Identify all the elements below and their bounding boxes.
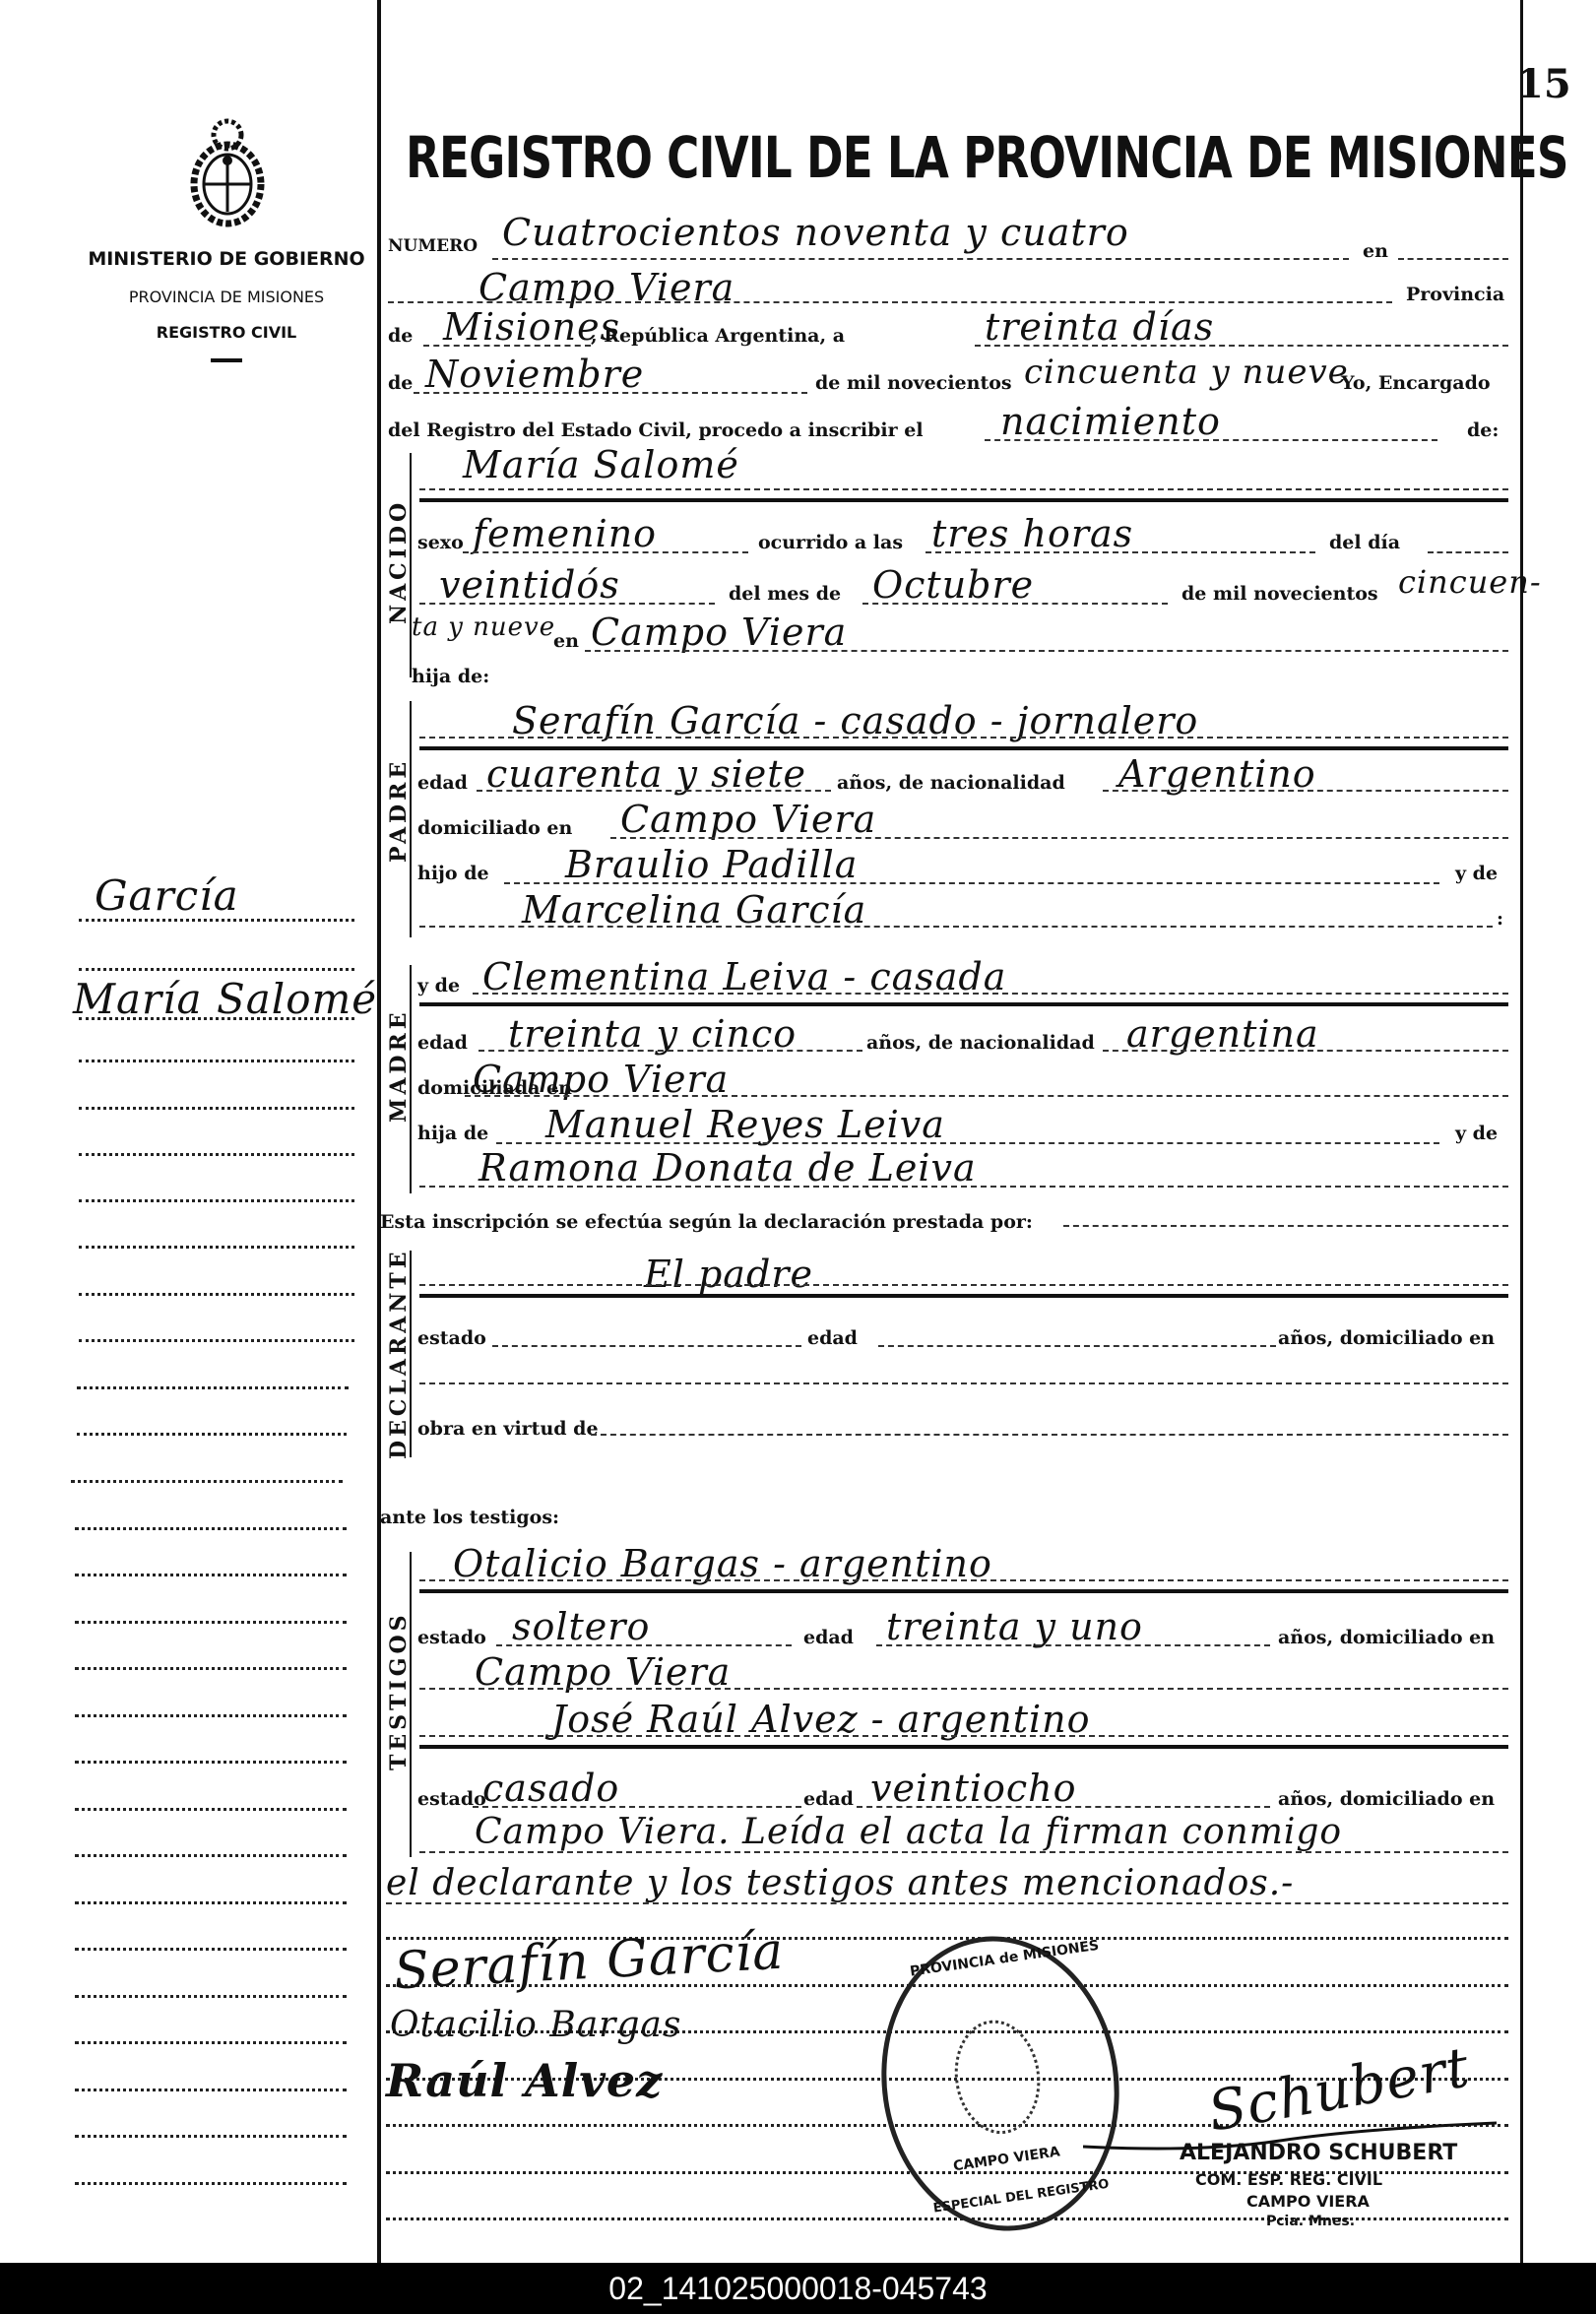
declarante-name-line: [419, 1284, 1508, 1286]
margin-line: [75, 1995, 347, 1998]
place-line: [388, 301, 1392, 303]
padre-padre-line: [504, 882, 1439, 884]
lugar-line: [585, 650, 1508, 652]
margin-line: [79, 1153, 354, 1156]
de-label: de: [388, 325, 413, 347]
nacido-section-label: NACIDO: [386, 499, 412, 624]
padre-nacionalidad-label: años, de nacionalidad: [837, 772, 1065, 794]
margin-line: [79, 1017, 354, 1020]
madre-hija-label: hija de: [417, 1123, 488, 1144]
margin-surname: García: [95, 871, 239, 920]
declarante-estado-label: estado: [417, 1327, 486, 1349]
witness1-estado-value: soltero: [512, 1605, 650, 1648]
margin-line: [75, 1854, 347, 1857]
stamp-official-title: COM. ESP. REG. CIVIL: [1195, 2170, 1382, 2189]
stamp-official-name: ALEJANDRO SCHUBERT: [1180, 2141, 1457, 2165]
yo-encargado-label: Yo, Encargado: [1341, 372, 1491, 394]
de-label-2: de: [388, 372, 413, 394]
margin-line: [79, 1107, 354, 1110]
nacido-name-line: [419, 488, 1508, 490]
declarante-obra-line: [591, 1434, 1508, 1436]
margin-line: [75, 2135, 347, 2138]
declarante-name-underline: [419, 1294, 1508, 1298]
margin-line: [75, 1761, 347, 1764]
act-type-value: nacimiento: [1000, 400, 1221, 443]
witness1-name-underline: [419, 1589, 1508, 1593]
seal-bottom-text: ESPECIAL DEL REGISTRO: [932, 2177, 1110, 2217]
witness1-edad-label: edad: [803, 1627, 854, 1648]
witness2-edad-line: [857, 1806, 1270, 1808]
declarante-name-value: El padre: [644, 1253, 813, 1296]
closing-line: el declarante y los testigos antes menci…: [386, 1863, 1294, 1903]
witness2-name-underline: [419, 1745, 1508, 1749]
left-form-border: [377, 0, 381, 2263]
padre-domicilio-value: Campo Viera: [620, 798, 876, 841]
numero-line: [492, 258, 1349, 260]
letterhead-divider: [211, 358, 242, 362]
margin-line: [79, 1199, 354, 1202]
margin-line: [75, 1667, 347, 1670]
madre-padre-line: [496, 1142, 1439, 1144]
madre-nacionalidad-line: [1103, 1050, 1508, 1052]
closing-line-rule: [386, 1902, 1508, 1904]
year-value: cincuenta y nueve: [1024, 353, 1349, 392]
madre-section-label: MADRE: [386, 1008, 412, 1123]
hora-line: [926, 551, 1315, 553]
margin-line: [79, 1339, 354, 1342]
padre-name-line: [419, 737, 1508, 739]
declarante-section-label: DECLARANTE: [386, 1249, 412, 1460]
month-line: [414, 392, 807, 394]
margin-line: [75, 2041, 347, 2044]
en-line: [1398, 258, 1508, 260]
declarante-edad-line: [878, 1345, 1276, 1347]
act-type-line: [985, 439, 1437, 441]
signature-witness2: Raúl Alvez: [386, 2054, 663, 2107]
year-label: de mil novecientos: [815, 372, 1012, 394]
mes-label: del mes de: [729, 583, 841, 605]
padre-madre-line: [419, 926, 1493, 928]
numero-label: NUMERO: [388, 236, 478, 256]
ocurrido-label: ocurrido a las: [758, 532, 903, 553]
seal-emblem-icon: [947, 2015, 1047, 2140]
madre-nacionalidad-label: años, de nacionalidad: [866, 1032, 1095, 1054]
witness1-edad-line: [876, 1644, 1270, 1646]
madre-y-de-label-2: y de: [1455, 1123, 1498, 1144]
registry-name: REGISTRO CIVIL: [87, 323, 366, 342]
signature-declarante: Serafín García: [393, 1922, 786, 2002]
margin-line: [79, 1293, 354, 1296]
margin-line: [71, 1480, 343, 1483]
mes-value: Octubre: [872, 563, 1034, 607]
lugar-value: Campo Viera: [591, 611, 847, 654]
argentine-coat-of-arms-icon: [183, 113, 272, 231]
padre-edad-line: [477, 790, 831, 792]
padre-edad-label: edad: [417, 772, 468, 794]
seal-center-text: CAMPO VIERA: [952, 2144, 1060, 2174]
ministry-name: MINISTERIO DE GOBIERNO: [87, 248, 366, 270]
madre-edad-line: [479, 1050, 862, 1052]
margin-line: [79, 968, 354, 971]
witness2-edad-value: veintiocho: [870, 1767, 1077, 1810]
margin-line: [75, 1527, 347, 1530]
madre-edad-label: edad: [417, 1032, 468, 1054]
testigos-section-label: TESTIGOS: [386, 1611, 412, 1770]
month-value: Noviembre: [425, 353, 644, 396]
padre-section-label: PADRE: [386, 758, 412, 863]
right-form-border: [1520, 0, 1523, 2263]
margin-line: [75, 1808, 347, 1811]
madre-madre-line: [419, 1186, 1508, 1188]
republica-label: , República Argentina, a: [591, 325, 845, 347]
seal-top-text: PROVINCIA de MISIONES: [909, 1938, 1100, 1980]
mes-line: [862, 603, 1168, 605]
numero-value: Cuatrocientos noventa y cuatro: [502, 211, 1129, 254]
hija-de-label: hija de:: [412, 666, 489, 687]
provincia-label: Provincia: [1406, 284, 1504, 305]
declaracion-label: Esta inscripción se efectúa según la dec…: [380, 1211, 1033, 1233]
padre-name-underline: [419, 746, 1508, 750]
witness2-domicilio-label: años, domiciliado en: [1278, 1788, 1495, 1810]
margin-given-names: María Salomé: [73, 975, 377, 1023]
margin-line: [79, 1246, 354, 1249]
madre-madre-value: Ramona Donata de Leiva: [479, 1146, 977, 1189]
witness2-estado-value: casado: [482, 1767, 619, 1810]
de-colon-label: de:: [1467, 419, 1499, 441]
sexo-value: femenino: [473, 512, 657, 555]
dia-line: [419, 603, 715, 605]
margin-line: [75, 1574, 347, 1576]
anio-value-2: ta y nueve: [412, 612, 555, 642]
sexo-label: sexo: [417, 532, 464, 553]
declarante-domicilio-line: [419, 1382, 1508, 1384]
witness1-name-line: [419, 1579, 1508, 1581]
margin-line: [79, 919, 354, 922]
padre-padre-value: Braulio Padilla: [565, 843, 858, 886]
page-number: 15: [1516, 61, 1571, 107]
stamp-province: Pcia. Mnes.: [1266, 2214, 1355, 2229]
witness1-domicilio-label: años, domiciliado en: [1278, 1627, 1495, 1648]
padre-y-de-label: y de: [1455, 863, 1498, 884]
margin-line: [75, 1948, 347, 1951]
padre-hijo-label: hijo de: [417, 863, 489, 884]
witness2-name-line: [419, 1735, 1508, 1737]
margin-line: [75, 2089, 347, 2091]
registro-label: del Registro del Estado Civil, procedo a…: [388, 419, 924, 441]
del-dia-label: del día: [1329, 532, 1400, 553]
witness2-edad-label: edad: [803, 1788, 854, 1810]
declarante-estado-line: [492, 1345, 801, 1347]
witness1-domicilio-line: [419, 1688, 1508, 1690]
stamp-location: CAMPO VIERA: [1246, 2192, 1370, 2211]
margin-line: [75, 1621, 347, 1624]
padre-domicilio-label: domiciliado en: [417, 817, 572, 839]
witness1-edad-value: treinta y uno: [886, 1605, 1143, 1648]
en-label: en: [1363, 240, 1388, 262]
signature-witness1: Otacilio Bargas: [390, 2005, 681, 2045]
declarante-edad-label: edad: [807, 1327, 858, 1349]
sexo-line: [463, 551, 748, 553]
witness2-estado-line: [473, 1806, 801, 1808]
province-line: [423, 345, 591, 347]
margin-line: [77, 1433, 347, 1436]
declarante-domicilio-label: años, domiciliado en: [1278, 1327, 1495, 1349]
dia-value: veintidós: [439, 563, 620, 607]
witness2-domicilio-value: Campo Viera. Leída el acta la firman con…: [475, 1812, 1342, 1852]
margin-line: [75, 1901, 347, 1904]
day-line: [975, 345, 1508, 347]
padre-end-colon: :: [1497, 908, 1503, 930]
province-name: PROVINCIA DE MISIONES: [87, 288, 366, 306]
madre-domicilio-line: [465, 1095, 1508, 1097]
anio-label: de mil novecientos: [1181, 583, 1378, 605]
en-lugar-label: en: [553, 630, 579, 652]
madre-name-underline: [419, 1002, 1508, 1006]
madre-padre-value: Manuel Reyes Leiva: [545, 1103, 945, 1146]
declaracion-line: [1063, 1225, 1508, 1227]
madre-y-de-label: y de: [417, 975, 460, 996]
nacido-name-value: María Salomé: [463, 443, 739, 486]
official-seal-icon: PROVINCIA de MISIONES CAMPO VIERA ESPECI…: [862, 1921, 1137, 2246]
nacido-name-underline: [419, 498, 1508, 502]
margin-line: [75, 1714, 347, 1717]
day-value: treinta días: [985, 305, 1214, 349]
dia-line-end: [1428, 551, 1508, 553]
document-id-footer: 02_141025000018-045743: [0, 2263, 1596, 2314]
margin-line: [77, 1386, 349, 1389]
padre-domicilio-line: [610, 837, 1508, 839]
witness2-domicilio-line: [419, 1851, 1508, 1853]
declarante-obra-label: obra en virtud de: [417, 1418, 599, 1440]
witness1-estado-label: estado: [417, 1627, 486, 1648]
margin-line: [79, 1060, 354, 1062]
witness1-estado-line: [496, 1644, 792, 1646]
testigos-label: ante los testigos:: [380, 1507, 559, 1528]
document-title: REGISTRO CIVIL DE LA PROVINCIA DE MISION…: [406, 124, 1568, 191]
madre-name-line: [473, 993, 1508, 995]
margin-line: [75, 2182, 347, 2185]
padre-nacionalidad-line: [1103, 790, 1508, 792]
anio-value-1: cincuen-: [1398, 563, 1542, 601]
hora-value: tres horas: [931, 512, 1133, 555]
